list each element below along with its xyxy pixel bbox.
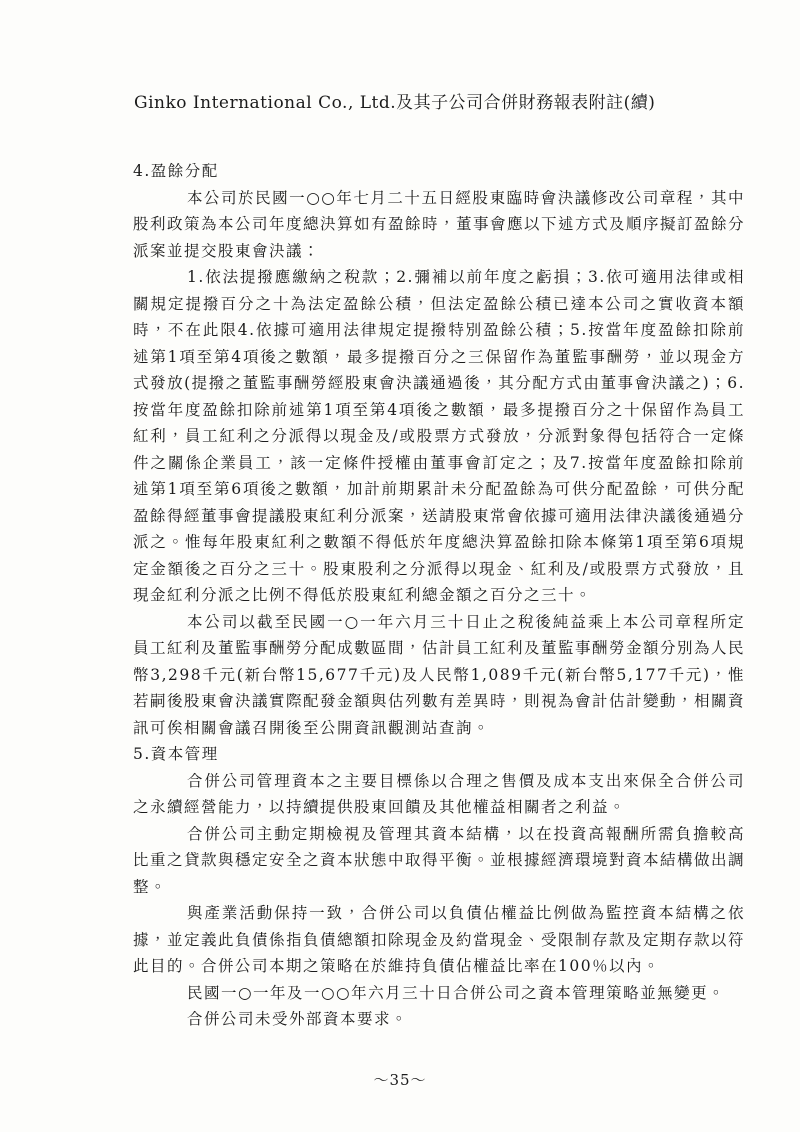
document-body: 4.盈餘分配 本公司於民國一○○年七月二十五日經股東臨時會決議修改公司章程，其中… (133, 158, 745, 1033)
paragraph-no-external-requirements: 合併公司未受外部資本要求。 (133, 1006, 745, 1033)
paragraph-earnings-policy: 本公司於民國一○○年七月二十五日經股東臨時會決議修改公司章程，其中股利政策為本公… (133, 185, 745, 265)
paragraph-capital-objective: 合併公司管理資本之主要目標係以合理之售價及成本支出來保全合併公司之永續經營能力，… (133, 768, 745, 821)
paragraph-bonus-estimate: 本公司以截至民國一○一年六月三十日止之稅後純益乘上本公司章程所定員工紅利及董監事… (133, 609, 745, 742)
document-page: Ginko International Co., Ltd.及其子公司合併財務報表… (0, 0, 800, 1132)
document-title: Ginko International Co., Ltd.及其子公司合併財務報表… (134, 88, 655, 113)
paragraph-debt-equity-ratio: 與產業活動保持一致，合併公司以負債佔權益比例做為監控資本結構之依據，並定義此負債… (133, 900, 745, 980)
page-number: ～35～ (0, 1069, 800, 1090)
paragraph-capital-structure-review: 合併公司主動定期檢視及管理其資本結構，以在投資高報酬所需負擔較高比重之貸款與穩定… (133, 821, 745, 901)
section-heading-capital-management: 5.資本管理 (133, 741, 745, 768)
paragraph-policy-unchanged: 民國一○一年及一○○年六月三十日合併公司之資本管理策略並無變更。 (133, 980, 745, 1007)
section-heading-earnings-distribution: 4.盈餘分配 (133, 158, 745, 185)
paragraph-distribution-order: 1.依法提撥應繳納之稅款；2.彌補以前年度之虧損；3.依可適用法律或相關規定提撥… (133, 264, 745, 609)
